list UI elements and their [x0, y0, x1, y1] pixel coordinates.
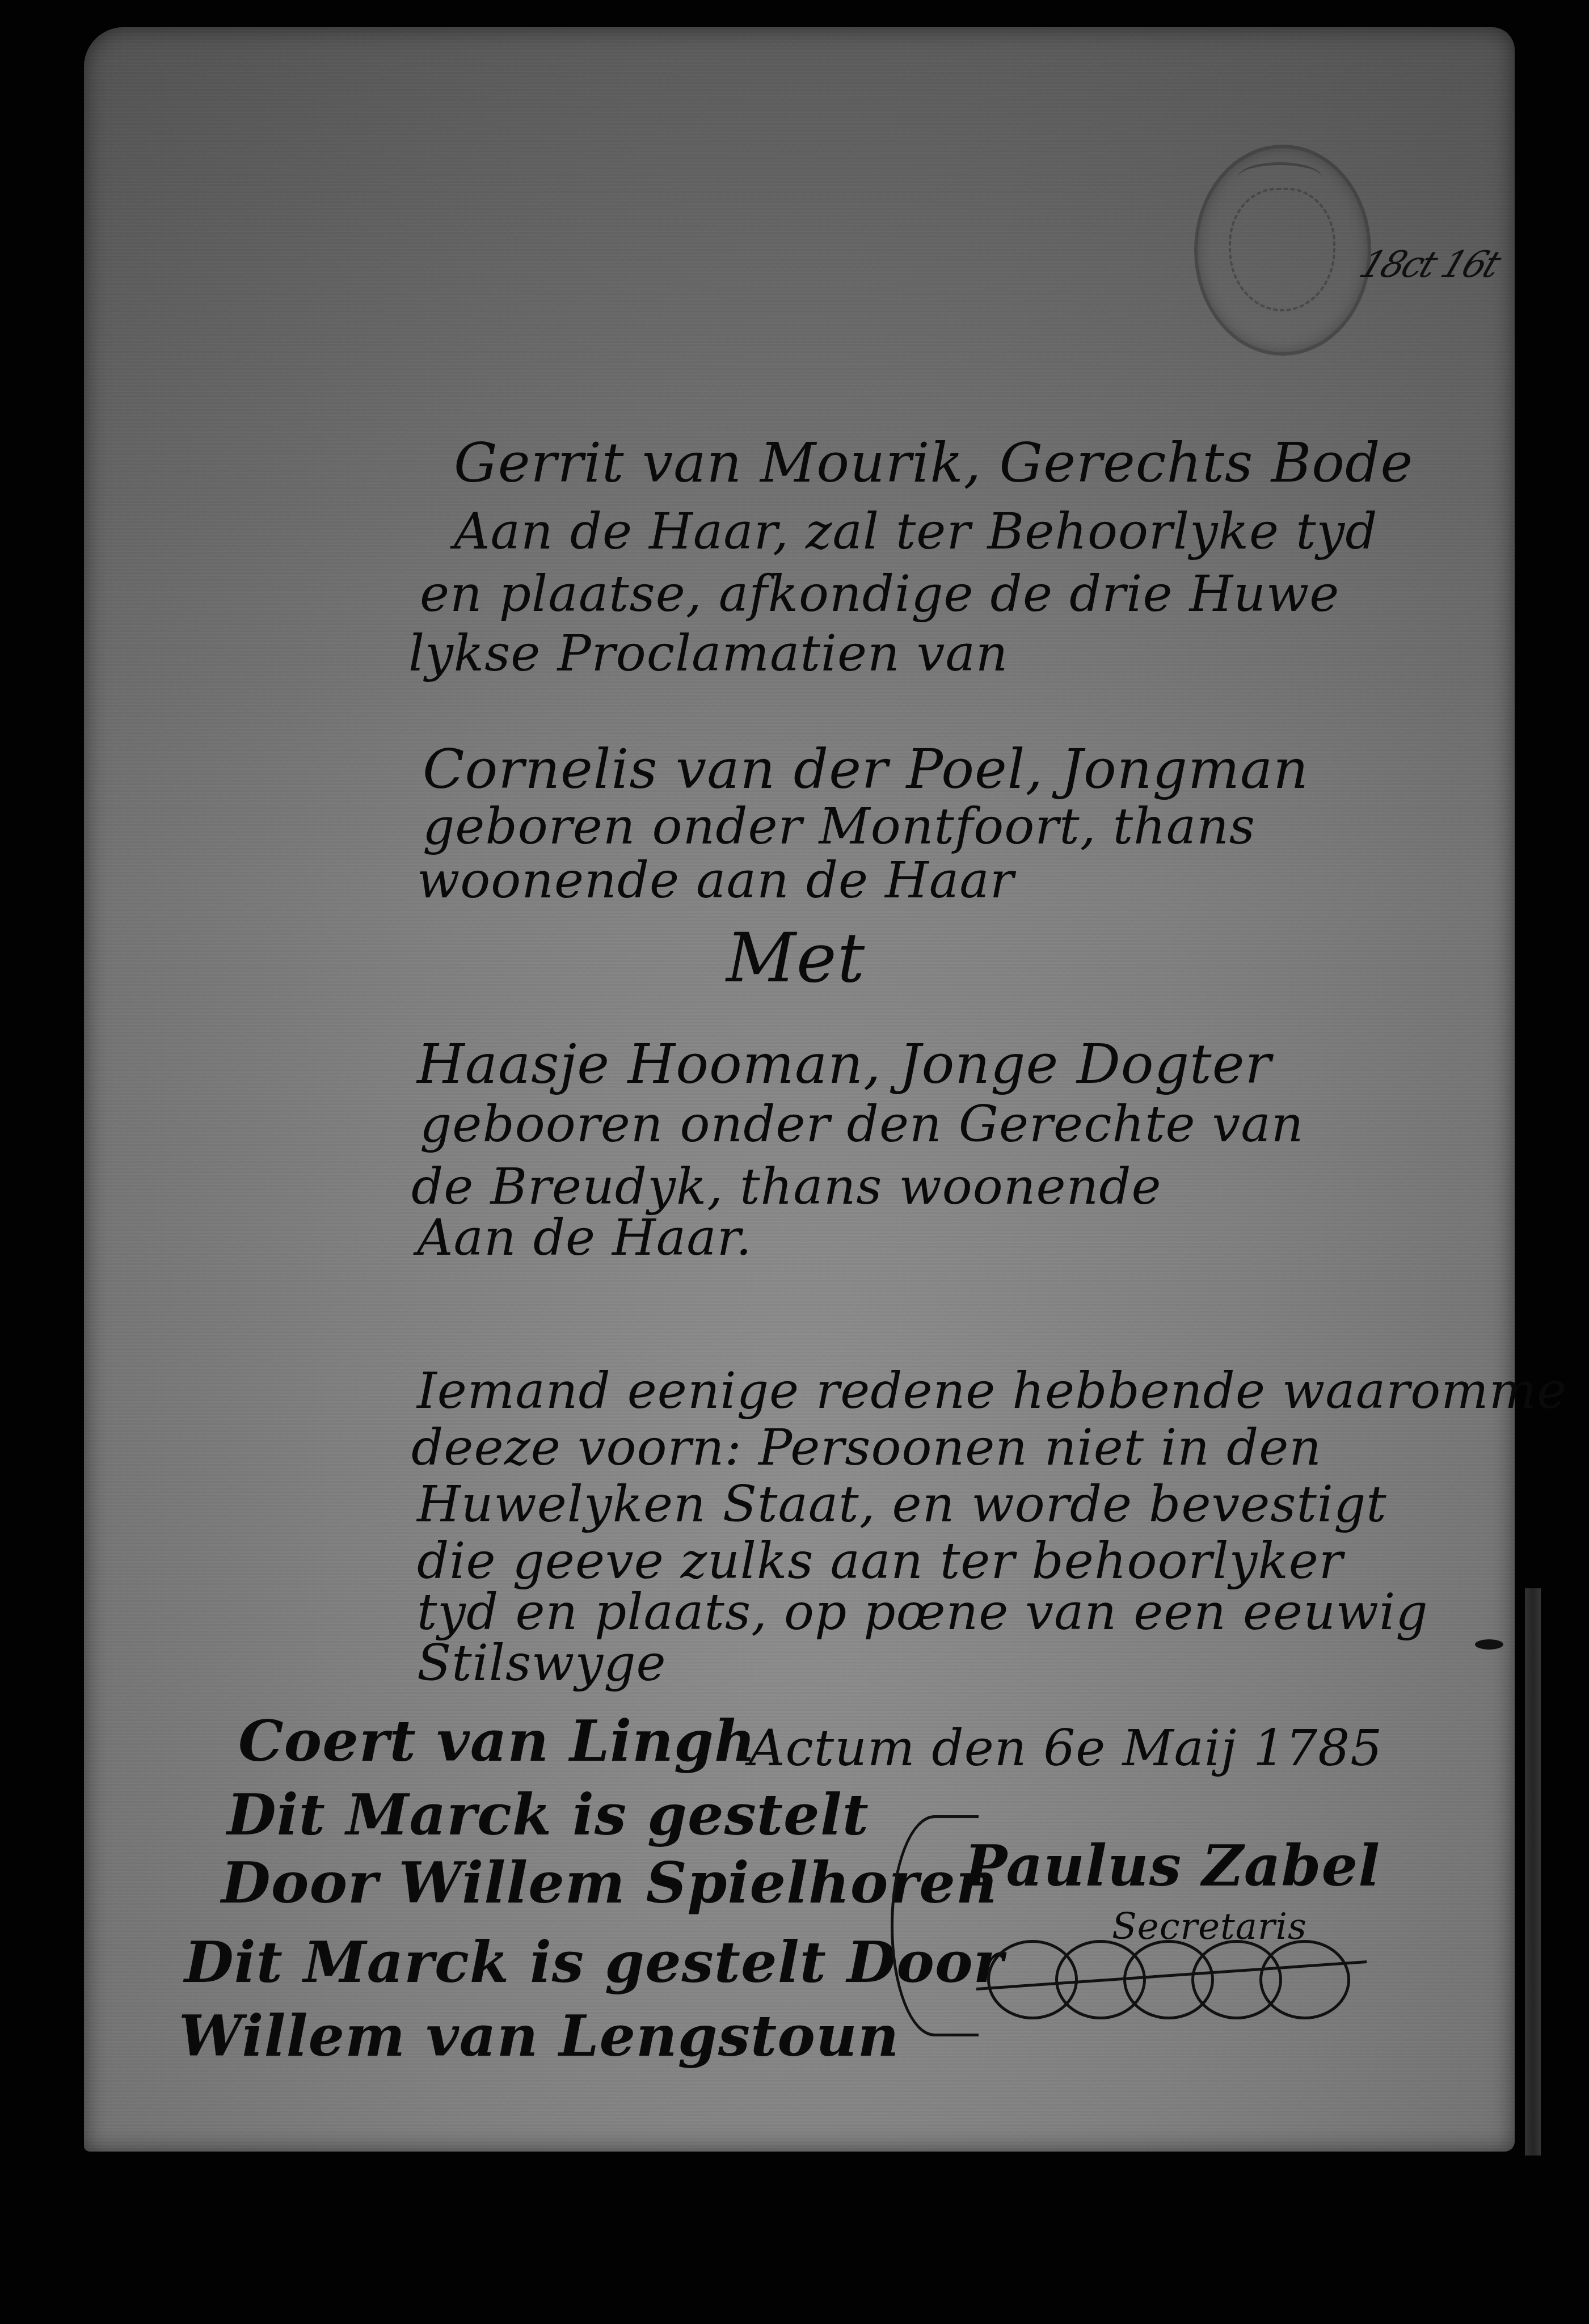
secretary-signature: Paulus Zabel — [964, 1832, 1380, 1899]
intro-line-2: Aan de Haar, zal ter Behoorlyke tyd — [454, 502, 1378, 560]
bride-line-1: Haasje Hooman, Jonge Dogter — [417, 1032, 1271, 1096]
intro-line-3: en plaatse, afkondige de drie Huwe — [420, 564, 1339, 623]
conjunction-met: Met — [726, 919, 865, 998]
clause-line-5: tyd en plaats, op pœne van een eeuwig — [417, 1583, 1428, 1641]
mark-2-line-1: Dit Marck is gestelt Door — [184, 1929, 1004, 1996]
seal-coat-of-arms-icon — [1229, 188, 1335, 311]
binding-strip — [1525, 1588, 1541, 2156]
clause-line-3: Huwelyken Staat, en worde bevestigt — [417, 1475, 1387, 1533]
bride-line-4: Aan de Haar. — [417, 1208, 752, 1267]
witness-signature: Coert van Lingh — [238, 1707, 756, 1774]
mark-2-line-2: Willem van Lengstoun — [179, 2002, 899, 2069]
mark-1-line-2: Door Willem Spielhoren — [221, 1849, 998, 1916]
clause-line-4: die geeve zulks aan ter behoorlyker — [417, 1532, 1343, 1590]
bride-line-2: gebooren onder den Gerechte van — [420, 1095, 1304, 1153]
clause-line-2: deeze voorn: Persoonen niet in den — [411, 1418, 1322, 1477]
groom-line-2: geboren onder Montfoort, thans — [423, 797, 1255, 855]
bride-line-3: de Breudyk, thans woonende — [411, 1157, 1162, 1216]
seal-mark: 18ct 16t — [1354, 244, 1504, 286]
intro-line-4: lykse Proclamatien van — [408, 624, 1009, 682]
clause-line-1: Iemand eenige redene hebbende waaromme — [417, 1361, 1567, 1420]
clause-line-6: Stilswyge — [417, 1634, 667, 1692]
mark-1-line-1: Dit Marck is gestelt — [227, 1781, 869, 1848]
embossed-seal-icon — [1194, 145, 1371, 356]
paraph-flourish-icon — [964, 1940, 1362, 2019]
ink-blot — [1475, 1639, 1503, 1650]
intro-line-1: Gerrit van Mourik, Gerechts Bode — [454, 431, 1413, 495]
actum-date: Actum den 6e Maij 1785 — [749, 1719, 1383, 1777]
groom-line-3: woonende aan de Haar — [417, 851, 1014, 909]
groom-line-1: Cornelis van der Poel, Jongman — [423, 737, 1309, 801]
